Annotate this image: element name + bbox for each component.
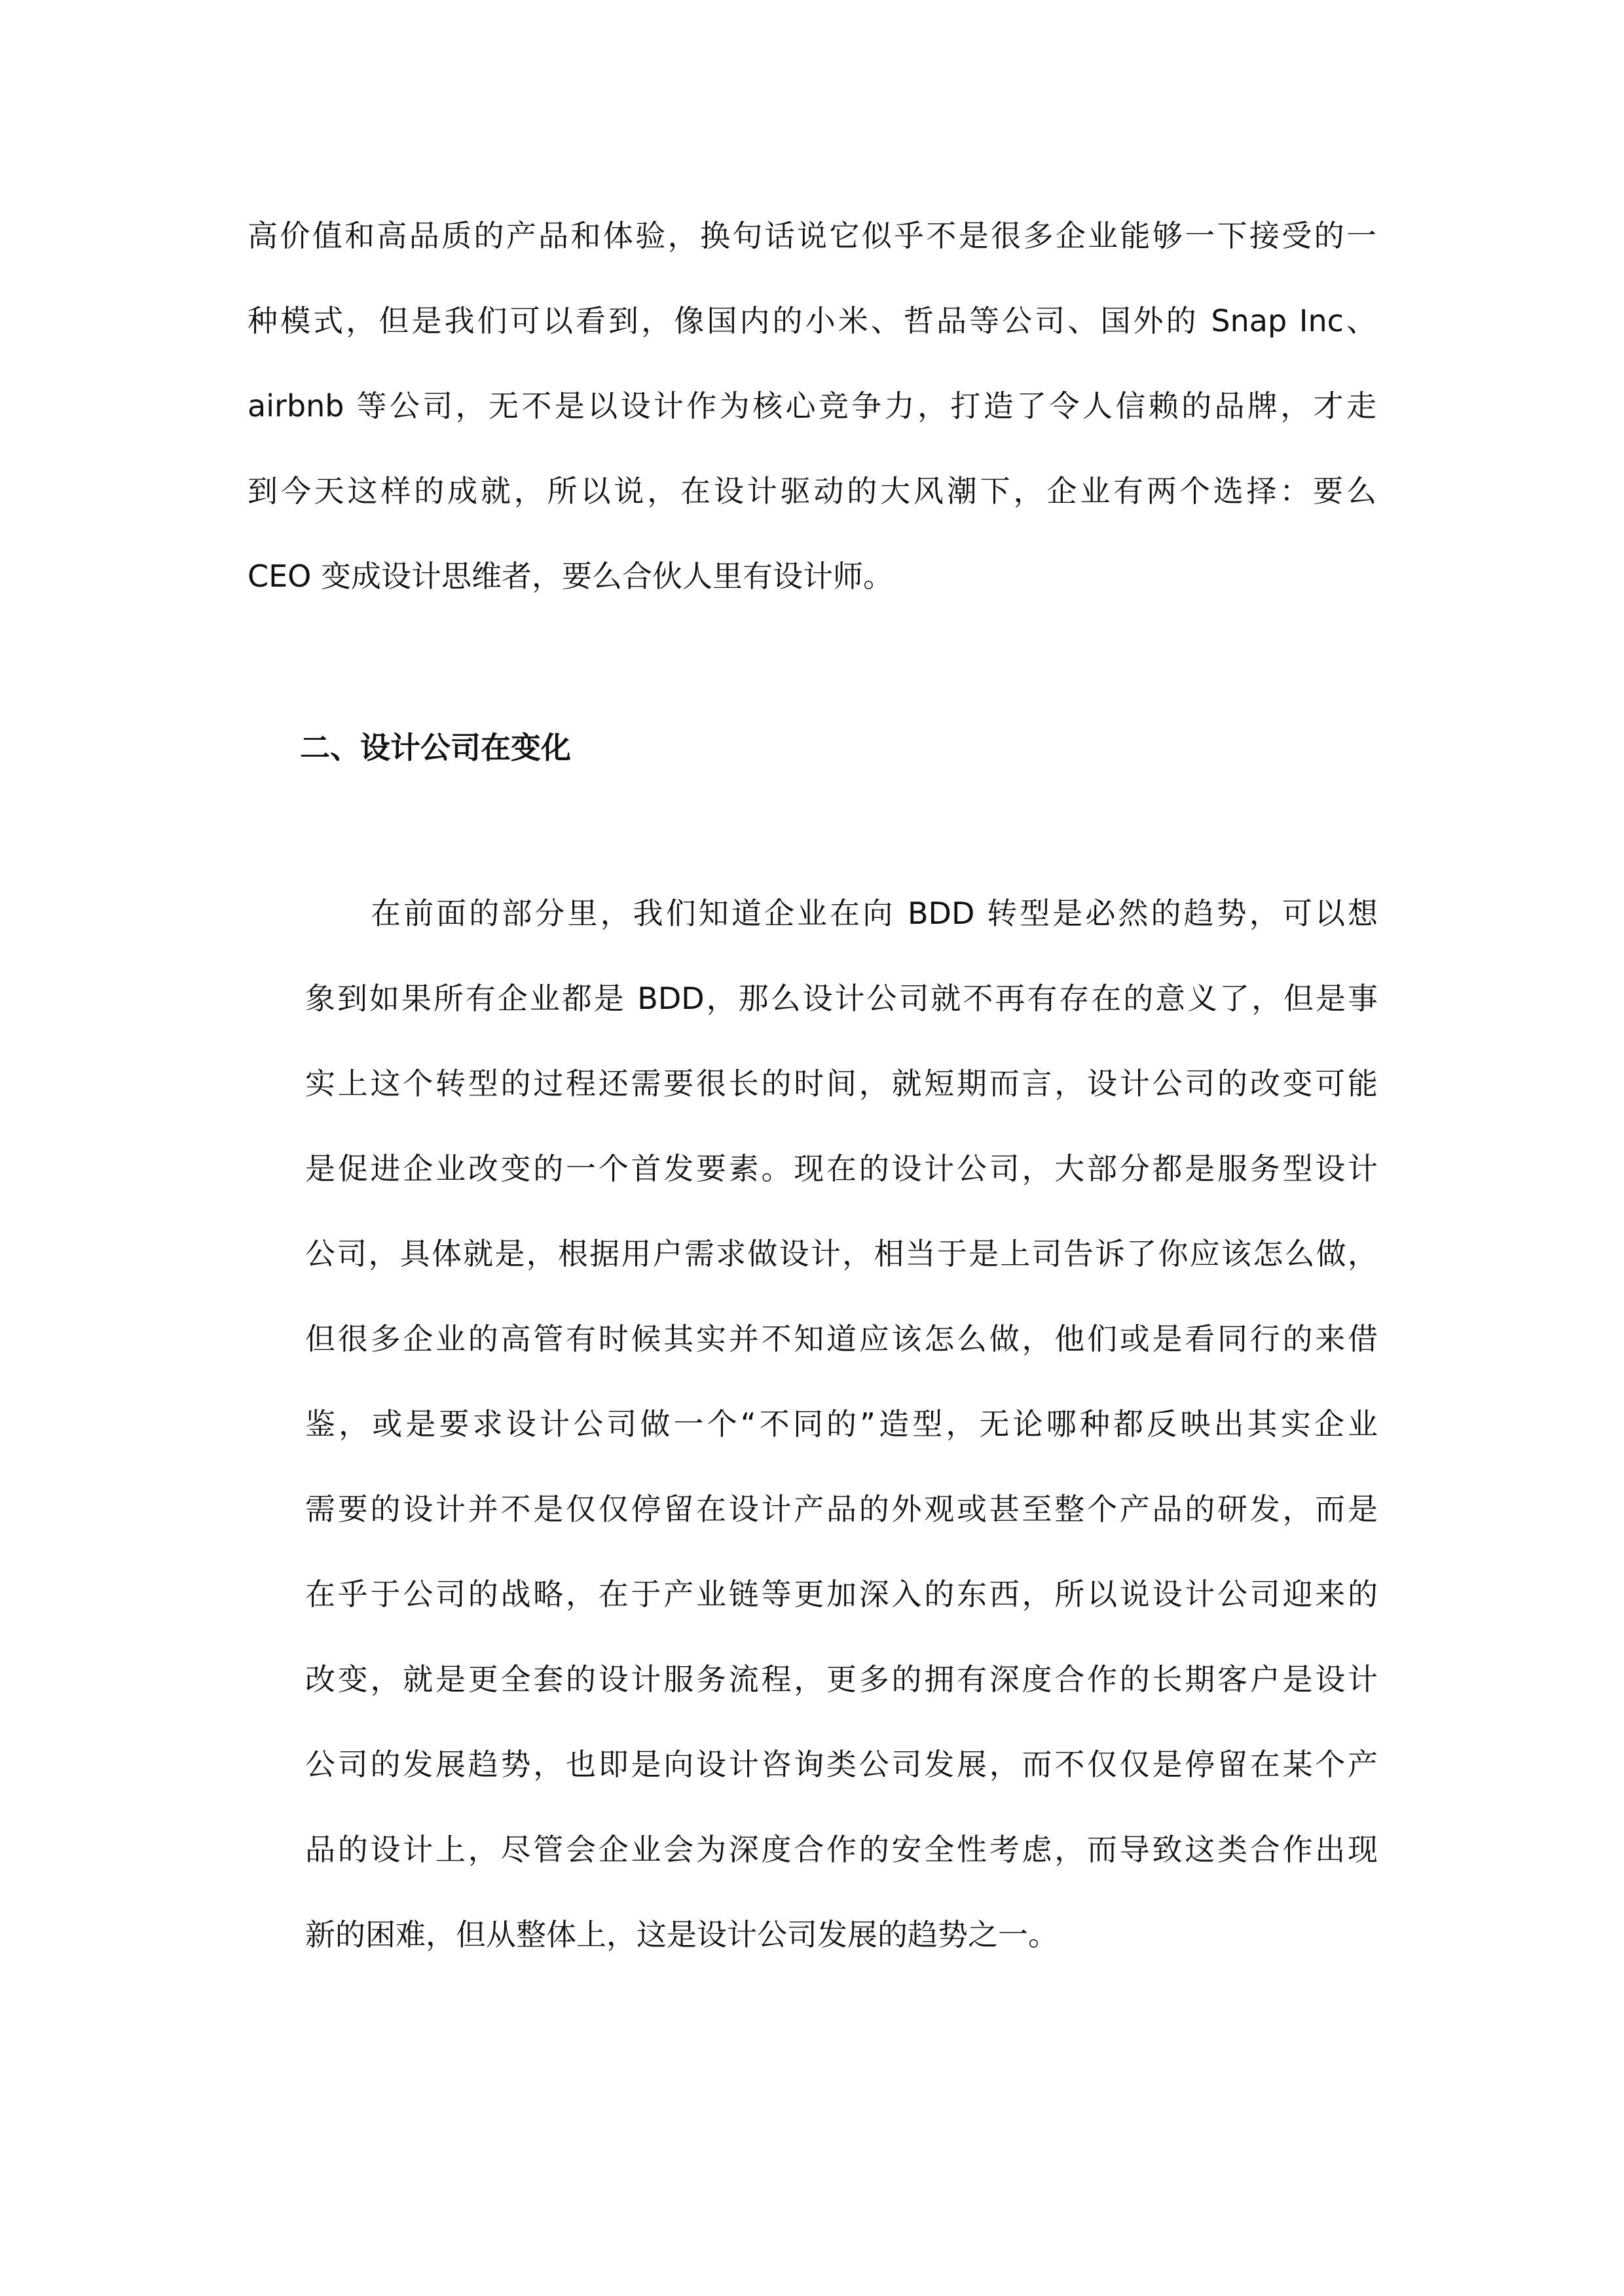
paragraph-line: airbnb 等公司，无不是以设计作为核心竞争力，打造了令人信赖的品牌，才走	[248, 386, 1376, 426]
paragraph-line: 需要的设计并不是仅仅停留在设计产品的外观或甚至整个产品的研发，而是	[305, 1489, 1378, 1529]
document-page: 高价值和高品质的产品和体验，换句话说它似乎不是很多企业能够一下接受的一 种模式，…	[0, 0, 1624, 2296]
paragraph-line: 是促进企业改变的一个首发要素。现在的设计公司，大部分都是服务型设计	[305, 1149, 1378, 1188]
paragraph-line: 在前面的部分里，我们知道企业在向 BDD 转型是必然的趋势，可以想	[371, 894, 1378, 933]
paragraph-line: CEO 变成设计思维者，要么合伙人里有设计师。	[248, 556, 1376, 596]
paragraph-line: 改变，就是更全套的设计服务流程，更多的拥有深度合作的长期客户是设计	[305, 1660, 1378, 1699]
paragraph-line: 实上这个转型的过程还需要很长的时间，就短期而言，设计公司的改变可能	[305, 1064, 1378, 1103]
paragraph-line: 新的困难，但从整体上，这是设计公司发展的趋势之一。	[305, 1915, 1378, 1954]
paragraph-line: 公司，具体就是，根据用户需求做设计，相当于是上司告诉了你应该怎么做，	[305, 1234, 1378, 1273]
paragraph-line: 但很多企业的高管有时候其实并不知道应该怎么做，他们或是看同行的来借	[305, 1319, 1378, 1358]
section-heading: 二、设计公司在变化	[300, 728, 571, 767]
paragraph-line: 到今天这样的成就，所以说，在设计驱动的大风潮下，企业有两个选择：要么	[248, 471, 1376, 511]
paragraph-line: 鉴，或是要求设计公司做一个“不同的”造型，无论哪种都反映出其实企业	[305, 1404, 1378, 1444]
paragraph-line: 公司的发展趋势，也即是向设计咨询类公司发展，而不仅仅是停留在某个产	[305, 1745, 1378, 1784]
paragraph-line: 象到如果所有企业都是 BDD，那么设计公司就不再有存在的意义了，但是事	[305, 979, 1378, 1018]
paragraph-line: 在乎于公司的战略，在于产业链等更加深入的东西，所以说设计公司迎来的	[305, 1575, 1378, 1614]
paragraph-line: 种模式，但是我们可以看到，像国内的小米、哲品等公司、国外的 Snap Inc、	[248, 301, 1376, 340]
paragraph-line: 品的设计上，尽管会企业会为深度合作的安全性考虑，而导致这类合作出现	[305, 1830, 1378, 1869]
paragraph-line: 高价值和高品质的产品和体验，换句话说它似乎不是很多企业能够一下接受的一	[248, 216, 1376, 255]
